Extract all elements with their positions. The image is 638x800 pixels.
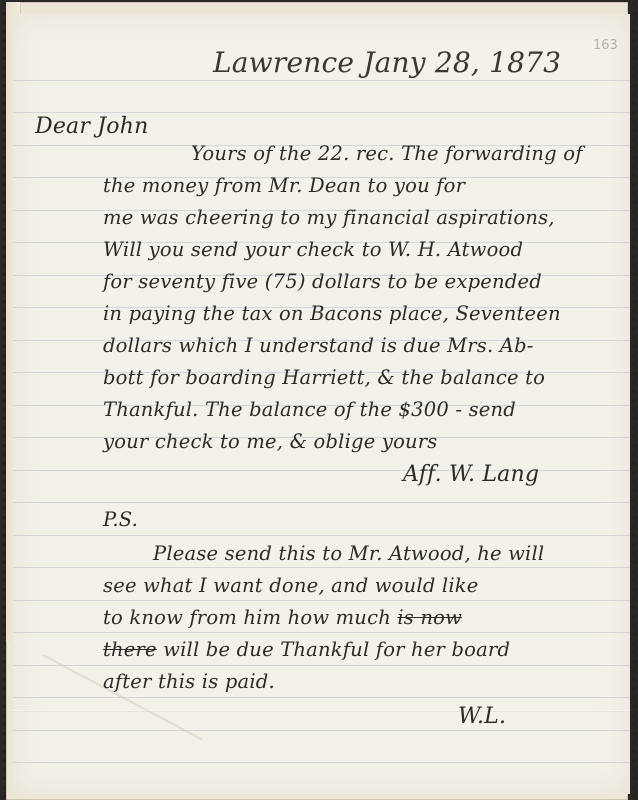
postscript-line-3-text: to know from him how much [103,606,391,629]
closing-signature: Aff. W. Lang [403,462,539,487]
ruled-line [13,567,630,568]
postscript-label: P.S. [103,508,138,531]
postscript-line-3: to know from him how much is now [103,606,462,629]
struck-prefix: there [103,638,157,661]
salutation: Dear John [35,114,149,139]
ruled-line [13,632,630,633]
body-line-2: the money from Mr. Dean to you for [103,174,465,197]
ruled-line [13,762,630,763]
postscript-line-4-text: will be due Thankful for her board [163,638,510,661]
body-line-3: me was cheering to my financial aspirati… [103,206,555,229]
body-line-9: Thankful. The balance of the $300 - send [103,398,516,421]
ruled-line [13,535,630,536]
letter-page: 163 Lawrence Jany 28, 1873 Dear John You… [13,14,630,794]
body-line-7: dollars which I understand is due Mrs. A… [103,334,534,357]
postscript-signature: W.L. [458,704,506,729]
body-line-8: bott for boarding Harriett, & the balanc… [103,366,545,389]
ruled-line [13,665,630,666]
postscript-line-5: after this is paid. [103,670,275,693]
ruled-line [13,697,630,698]
ruled-line [13,730,630,731]
body-line-5: for seventy five (75) dollars to be expe… [103,270,542,293]
ruled-line [13,112,630,113]
postscript-line-1: Please send this to Mr. Atwood, he will [153,542,544,565]
body-line-6: in paying the tax on Bacons place, Seven… [103,302,561,325]
archival-number: 163 [593,38,618,53]
postscript-line-4: there will be due Thankful for her board [103,638,510,661]
body-line-4: Will you send your check to W. H. Atwood [103,238,523,261]
paper-fold-crease [13,710,630,712]
postscript-line-2: see what I want done, and would like [103,574,479,597]
ruled-line [13,80,630,81]
body-line-1: Yours of the 22. rec. The forwarding of [191,142,583,165]
dateline: Lawrence Jany 28, 1873 [213,46,561,79]
body-line-10: your check to me, & oblige yours [103,430,438,453]
ruled-line [13,502,630,503]
ruled-line [13,600,630,601]
struck-text: is now [397,606,462,629]
